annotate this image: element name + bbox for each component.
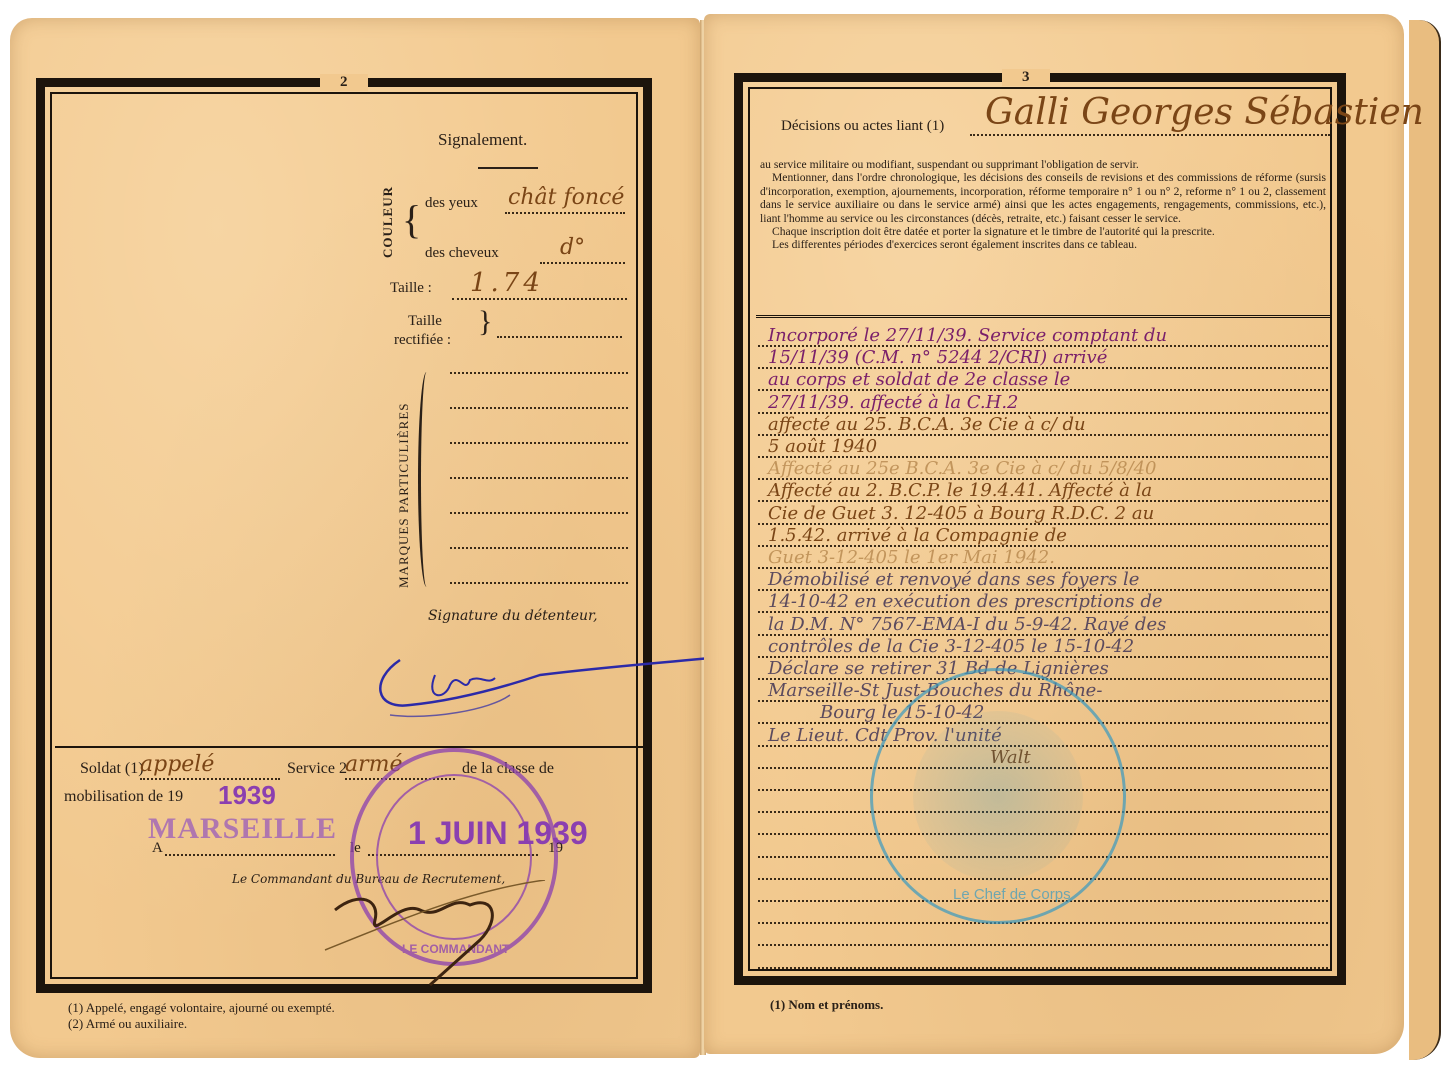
entry-line: 15/11/39 (C.M. n° 5244 2/CRI) arrivé [768,347,1107,368]
ruled-line [758,967,1328,969]
taille-rectifiee-label-2: rectifiée : [394,332,451,349]
entry-line: Cie de Guet 3. 12-405 à Bourg R.D.C. 2 a… [768,503,1154,524]
cheveux-label: des cheveux [425,245,499,262]
section-divider [55,746,643,748]
cheveux-value: d° [560,235,585,260]
service-label: Service 2 [287,760,347,778]
footnote-2: (2) Armé ou auxiliaire. [68,1016,187,1032]
entry-line: 5 août 1940 [768,436,877,457]
a-label: A [152,840,163,857]
taille-label: Taille : [390,280,432,297]
entry-line: au corps et soldat de 2e classe le [768,369,1070,390]
entry-line: la D.M. N° 7567-EMA-I du 5-9-42. Rayé de… [768,614,1166,635]
instruction-paragraph: Chaque inscription doit être datée et po… [760,225,1326,238]
taille-value: 1.74 [470,268,544,298]
instruction-paragraph: Mentionner, dans l'ordre chronologique, … [760,171,1326,225]
instruction-line: au service militaire ou modifiant, suspe… [760,158,1326,171]
entry-line: 14-10-42 en exécution des prescriptions … [768,591,1163,612]
cheveux-line [540,262,625,264]
signalement-title: Signalement. [438,130,527,150]
taille-line [452,298,627,300]
commandant-signature [320,880,550,990]
taille-rectifiee-label-1: Taille [408,313,442,330]
instruction-paragraph: Les differentes périodes d'exercices ser… [760,238,1326,251]
entry-line: Affecté au 2. B.C.P. le 19.4.41. Affecté… [768,480,1152,501]
marques-line [450,407,628,409]
city-stamp: MARSEILLE [148,812,337,846]
marques-line [450,512,628,514]
title-rule [478,167,538,169]
marques-label: MARQUES PARTICULIÈRES [396,402,412,588]
mobilisation-year-stamp: 1939 [218,780,276,811]
page-number-right: 3 [1002,69,1050,86]
table-top-rule [756,315,1330,318]
page-edges [1409,20,1441,1060]
entry-line: contrôles de la Cie 3-12-405 le 15-10-42 [768,636,1134,657]
entry-line: 1.5.42. arrivé à la Compagnie de [768,525,1067,546]
signature-label: Signature du détenteur, [428,608,598,624]
name-line [970,134,1330,136]
marques-line [450,372,628,374]
entry-line: 27/11/39. affecté à la C.H.2 [768,392,1019,413]
holder-name: Galli Georges Sébastien [985,92,1424,133]
brace-marques [418,372,435,587]
ruled-line [758,922,1328,924]
marques-line [450,547,628,549]
brace-taille: } [478,305,492,339]
footnote-right: (1) Nom et prénoms. [770,997,883,1013]
entry-line: Déclare se retirer 31 Bd de Lignières [768,658,1109,679]
taille-rectifiee-line [497,336,622,338]
corps-stamp: Le Chef de Corps [870,668,1126,924]
soldat-value: appelé [140,752,214,777]
brace-couleur: { [402,190,421,250]
footnote-1: (1) Appelé, engagé volontaire, ajourné o… [68,1000,335,1016]
entry-line: Affecté au 25e B.C.A. 3e Cie à c/ du 5/8… [768,458,1157,479]
entry-line: Démobilisé et renvoyé dans ses foyers le [768,569,1139,590]
soldat-label: Soldat (1) [80,760,144,778]
page-number-left: 2 [320,74,368,91]
a-line [165,854,335,856]
yeux-value: chât foncé [508,185,624,210]
entry-line: Incorporé le 27/11/39. Service comptant … [768,325,1167,346]
corps-stamp-bottom: Le Chef de Corps [953,886,1071,903]
entry-line: affecté au 25. B.C.A. 3e Cie à c/ du [768,414,1086,435]
instructions-block: au service militaire ou modifiant, suspe… [760,158,1326,252]
yeux-label: des yeux [425,195,478,212]
marques-line [450,477,628,479]
couleur-label: COULEUR [380,186,396,258]
mobilisation-label: mobilisation de 19 [64,788,183,806]
decisions-header: Décisions ou actes liant (1) [781,118,944,135]
marques-line [450,442,628,444]
yeux-line [505,212,625,214]
marques-line [450,582,628,584]
entry-line: Guet 3-12-405 le 1er Mai 1942. [768,547,1055,568]
ruled-line [758,944,1328,946]
